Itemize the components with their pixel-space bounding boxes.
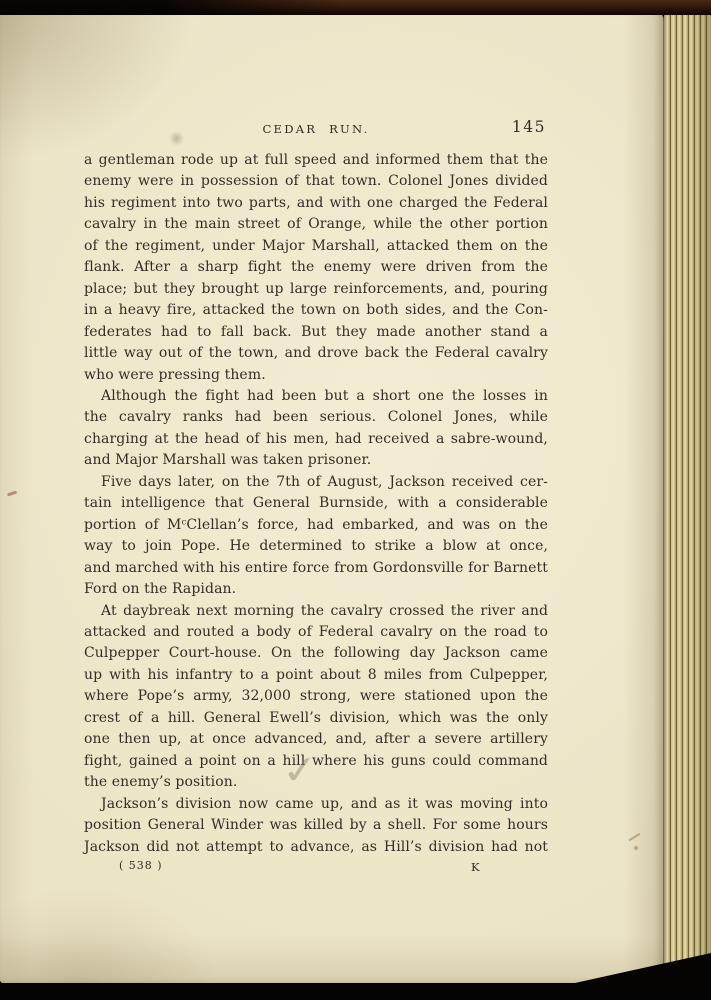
text-line: crest of a hill. General Ewell’s divisio…: [84, 708, 548, 729]
signature-mark: ( 538 ): [119, 859, 163, 872]
text-line: in a heavy fire, attacked the town on bo…: [84, 300, 548, 321]
page-content: CEDAR RUN. 145 a gentleman rode up at fu…: [0, 0, 711, 1000]
text-line: of the regiment, under Major Marshall, a…: [84, 236, 548, 257]
text-line: the cavalry ranks had been serious. Colo…: [84, 407, 548, 428]
text-line: At daybreak next morning the cavalry cro…: [84, 601, 548, 622]
text-line: a gentleman rode up at full speed and in…: [84, 150, 548, 171]
text-line: federates had to fall back. But they mad…: [84, 322, 548, 343]
text-line: portion of MᶜClellan’s force, had embark…: [84, 515, 548, 536]
book-scan: CEDAR RUN. 145 a gentleman rode up at fu…: [0, 0, 711, 1000]
text-line: Ford on the Rapidan.: [84, 579, 548, 600]
text-line: who were pressing them.: [84, 365, 548, 386]
text-line: Jackson did not attempt to advance, as H…: [84, 837, 548, 858]
page-header: CEDAR RUN. 145: [84, 120, 548, 140]
pencil-checkmark-icon: ✓: [279, 746, 320, 794]
running-title: CEDAR RUN.: [84, 122, 548, 136]
text-line: place; but they brought up large reinfor…: [84, 279, 548, 300]
text-line: and marched with his entire force from G…: [84, 558, 548, 579]
text-line: little way out of the town, and drove ba…: [84, 343, 548, 364]
ink-smudge: [168, 132, 185, 145]
text-line: flank. After a sharp fight the enemy wer…: [84, 257, 548, 278]
text-line: up with his infantry to a point about 8 …: [84, 665, 548, 686]
text-line: Culpepper Court-house. On the following …: [84, 643, 548, 664]
scratch-mark: [629, 833, 641, 841]
page-number: 145: [512, 118, 546, 136]
scratch-dot: [634, 846, 638, 850]
text-line: charging at the head of his men, had rec…: [84, 429, 548, 450]
text-line: and Major Marshall was taken prisoner.: [84, 450, 548, 471]
text-line: Five days later, on the 7th of August, J…: [84, 472, 548, 493]
text-line: way to join Pope. He determined to strik…: [84, 536, 548, 557]
text-line: cavalry in the main street of Orange, wh…: [84, 214, 548, 235]
text-line: tain intelligence that General Burnside,…: [84, 493, 548, 514]
text-line: position General Winder was killed by a …: [84, 815, 548, 836]
text-line: where Pope’s army, 32,000 strong, were s…: [84, 686, 548, 707]
text-line: attacked and routed a body of Federal ca…: [84, 622, 548, 643]
text-line: Jackson’s division now came up, and as i…: [84, 794, 548, 815]
text-line: his regiment into two parts, and with on…: [84, 193, 548, 214]
text-line: Although the fight had been but a short …: [84, 386, 548, 407]
catchword-letter: K: [471, 860, 480, 874]
text-line: enemy were in possession of that town. C…: [84, 171, 548, 192]
pencil-dash-mark: [7, 491, 17, 496]
